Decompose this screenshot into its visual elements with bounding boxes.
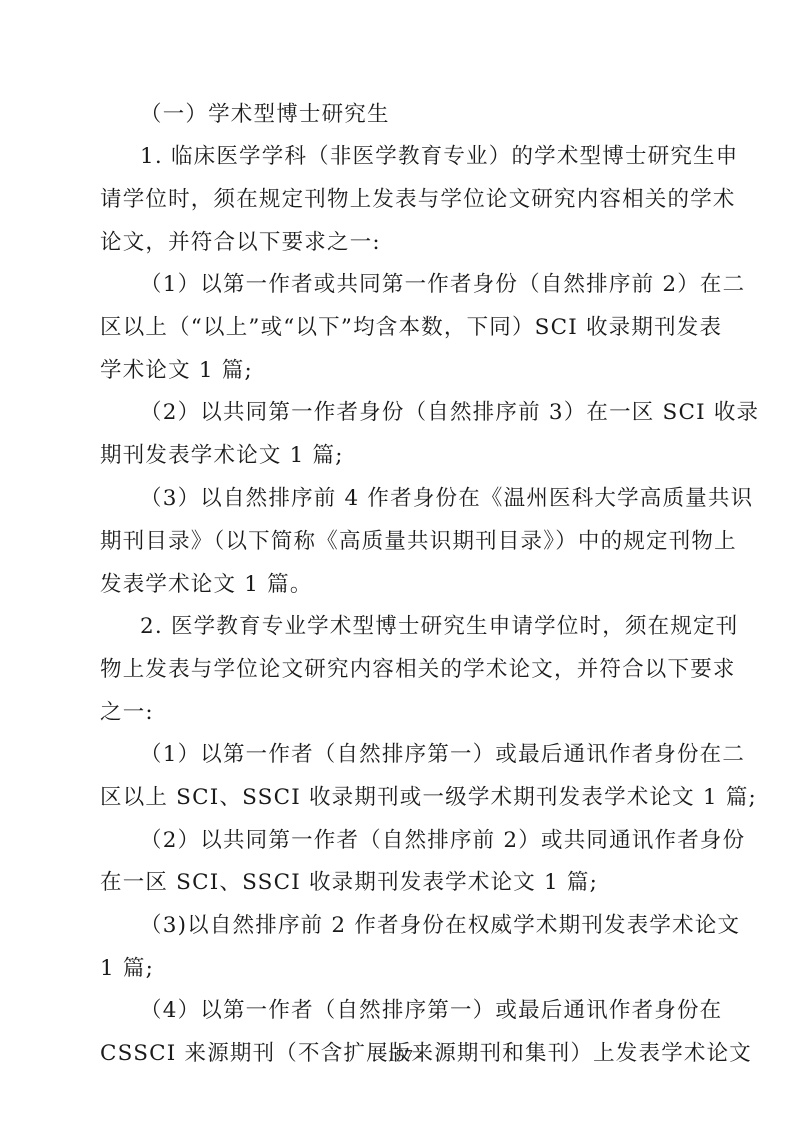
text-line: 2. 医学教育专业学术型博士研究生申请学位时，须在规定刊 [140,612,738,642]
text-line: 学术论文 1 篇; [100,356,253,386]
document-page: （一）学术型博士研究生1. 临床医学学科（非医学教育专业）的学术型博士研究生申请… [0,0,800,1131]
text-line: 请学位时，须在规定刊物上发表与学位论文研究内容相关的学术 [100,185,736,215]
text-line: 物上发表与学位论文研究内容相关的学术论文，并符合以下要求 [100,655,736,685]
text-line: 区以上 SCI、SSCI 收录期刊或一级学术期刊发表学术论文 1 篇; [100,783,757,813]
text-line: 发表学术论文 1 篇。 [100,570,313,600]
text-line: （3)以自然排序前 2 作者身份在权威学术期刊发表学术论文 [140,911,740,941]
text-line: 区以上（“以上”或“以下”均含本数，下同）SCI 收录期刊发表 [100,313,722,343]
text-line: 论文，并符合以下要求之一: [100,228,381,258]
text-line: （2）以共同第一作者身份（自然排序前 3）在一区 SCI 收录 [140,398,759,428]
text-line: 在一区 SCI、SSCI 收录期刊发表学术论文 1 篇; [100,868,598,898]
text-line: （一）学术型博士研究生 [140,100,390,130]
text-line: 1. 临床医学学科（非医学教育专业）的学术型博士研究生申 [140,142,738,172]
page-number: - 157 - [0,1046,800,1066]
text-line: 1 篇; [100,954,154,984]
text-line: 期刊目录》（以下简称《高质量共识期刊目录》）中的规定刊物上 [100,527,737,557]
text-line: （4）以第一作者（自然排序第一）或最后通讯作者身份在 [140,996,722,1026]
text-line: 之一: [100,698,154,728]
text-line: 期刊发表学术论文 1 篇; [100,441,344,471]
text-line: （1）以第一作者（自然排序第一）或最后通讯作者身份在二 [140,740,745,770]
text-line: （1）以第一作者或共同第一作者身份（自然排序前 2）在二 [140,270,745,300]
text-line: （2）以共同第一作者（自然排序前 2）或共同通讯作者身份 [140,826,745,856]
text-line: （3）以自然排序前 4 作者身份在《温州医科大学高质量共识 [140,484,753,514]
